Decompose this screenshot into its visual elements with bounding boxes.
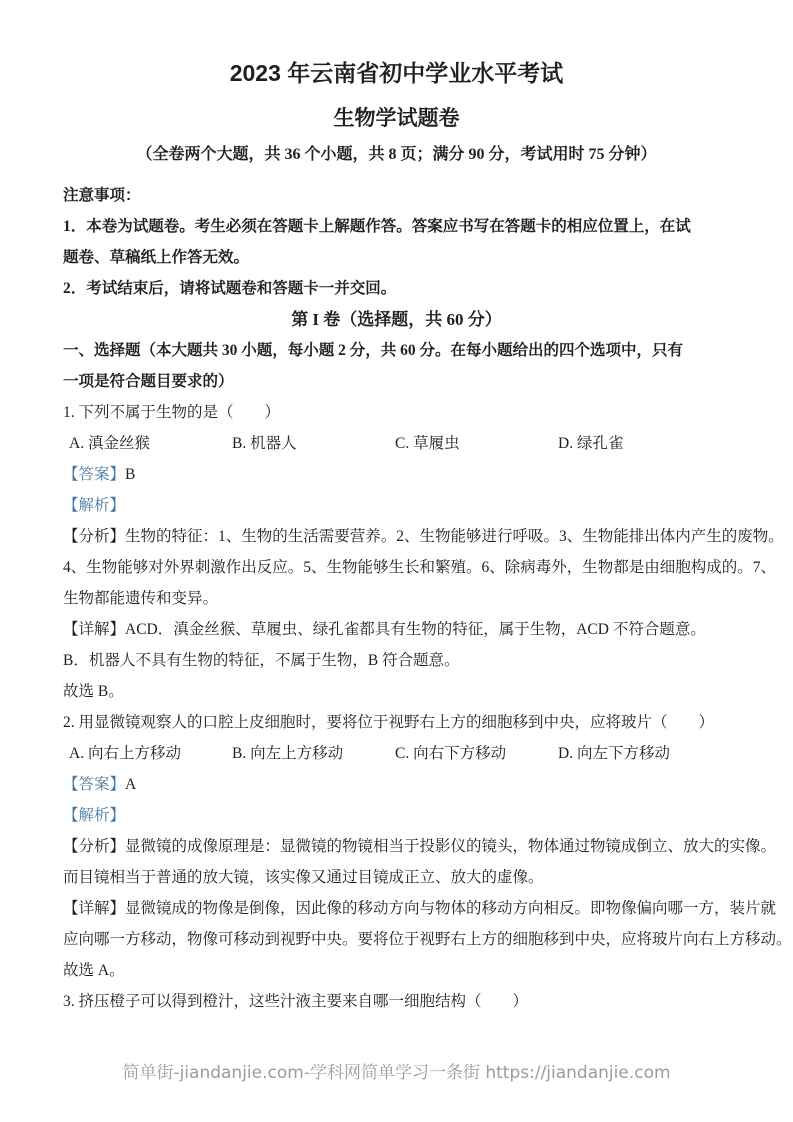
notice-heading: 注意事项： [63, 180, 730, 211]
option-item: D. 绿孔雀 [558, 428, 721, 459]
explain-line: B．机器人不具有生物的特征，不属于生物，B 符合题意。 [63, 645, 730, 676]
answer-tag: 【答案】 [63, 466, 125, 483]
notice-line: 1．本卷为试题卷。考生必须在答题卡上解题作答。答案应书写在答题卡的相应位置上，在… [63, 211, 730, 242]
question-stem: 3. 挤压橙子可以得到橙汁，这些汁液主要来自哪一细胞结构（ ） [63, 986, 730, 1017]
explain-line: 故选 A。 [63, 955, 730, 986]
option-item: A. 向右上方移动 [69, 738, 232, 769]
option-row: A. 滇金丝猴 B. 机器人 C. 草履虫 D. 绿孔雀 [63, 428, 730, 459]
page-content: 2023 年云南省初中学业水平考试 生物学试题卷 （全卷两个大题，共 36 个小… [0, 0, 793, 1017]
analysis-line: 【解析】 [63, 800, 730, 831]
question-stem: 2. 用显微镜观察人的口腔上皮细胞时，要将位于视野右上方的细胞移到中央，应将玻片… [63, 707, 730, 738]
page-title: 2023 年云南省初中学业水平考试 [63, 56, 730, 90]
question-stem: 1. 下列不属于生物的是（ ） [63, 397, 730, 428]
answer-line: 【答案】B [63, 459, 730, 490]
page-subtitle: 生物学试题卷 [63, 102, 730, 136]
section-heading: 第 I 卷（选择题，共 60 分） [63, 304, 730, 335]
section-intro: 一项是符合题目要求的） [63, 366, 730, 397]
option-row: A. 向右上方移动 B. 向左上方移动 C. 向右下方移动 D. 向左下方移动 [63, 738, 730, 769]
explain-line: 【详解】ACD．滇金丝猴、草履虫、绿孔雀都具有生物的特征，属于生物，ACD 不符… [63, 614, 730, 645]
document-body: 注意事项： 1．本卷为试题卷。考生必须在答题卡上解题作答。答案应书写在答题卡的相… [63, 180, 730, 1017]
explain-line: 【分析】生物的特征：1、生物的生活需要营养。2、生物能够进行呼吸。3、生物能排出… [63, 521, 730, 552]
explain-line: 生物都能遗传和变异。 [63, 583, 730, 614]
answer-line: 【答案】A [63, 769, 730, 800]
option-item: B. 向左上方移动 [232, 738, 395, 769]
exam-meta: （全卷两个大题，共 36 个小题，共 8 页；满分 90 分，考试用时 75 分… [63, 140, 730, 170]
option-item: B. 机器人 [232, 428, 395, 459]
explain-line: 【分析】显微镜的成像原理是：显微镜的物镜相当于投影仪的镜头，物体通过物镜成倒立、… [63, 831, 730, 862]
section-intro: 一、选择题（本大题共 30 小题，每小题 2 分，共 60 分。在每小题给出的四… [63, 335, 730, 366]
analysis-tag: 【解析】 [63, 497, 125, 514]
explain-line: 而目镜相当于普通的放大镜，该实像又通过目镜成正立、放大的虚像。 [63, 862, 730, 893]
option-item: C. 向右下方移动 [395, 738, 558, 769]
notice-line: 题卷、草稿纸上作答无效。 [63, 242, 730, 273]
explain-line: 【详解】显微镜成的物像是倒像，因此像的移动方向与物体的移动方向相反。即物像偏向哪… [63, 893, 730, 924]
option-item: C. 草履虫 [395, 428, 558, 459]
footer-watermark: 简单街-jiandanjie.com-学科网简单学习一条街 https://ji… [0, 1058, 793, 1083]
explain-line: 4、生物能够对外界刺激作出反应。5、生物能够生长和繁殖。6、除病毒外，生物都是由… [63, 552, 730, 583]
exam-paper-page: 2023 年云南省初中学业水平考试 生物学试题卷 （全卷两个大题，共 36 个小… [0, 0, 793, 1122]
explain-line: 应向哪一方移动，物像可移动到视野中央。要将位于视野右上方的细胞移到中央，应将玻片… [63, 924, 730, 955]
option-item: D. 向左下方移动 [558, 738, 721, 769]
analysis-tag: 【解析】 [63, 807, 125, 824]
explain-line: 故选 B。 [63, 676, 730, 707]
option-item: A. 滇金丝猴 [69, 428, 232, 459]
analysis-line: 【解析】 [63, 490, 730, 521]
answer-tag: 【答案】 [63, 776, 125, 793]
notice-line: 2．考试结束后，请将试题卷和答题卡一并交回。 [63, 273, 730, 304]
answer-value: A [125, 776, 136, 793]
answer-value: B [125, 466, 135, 483]
